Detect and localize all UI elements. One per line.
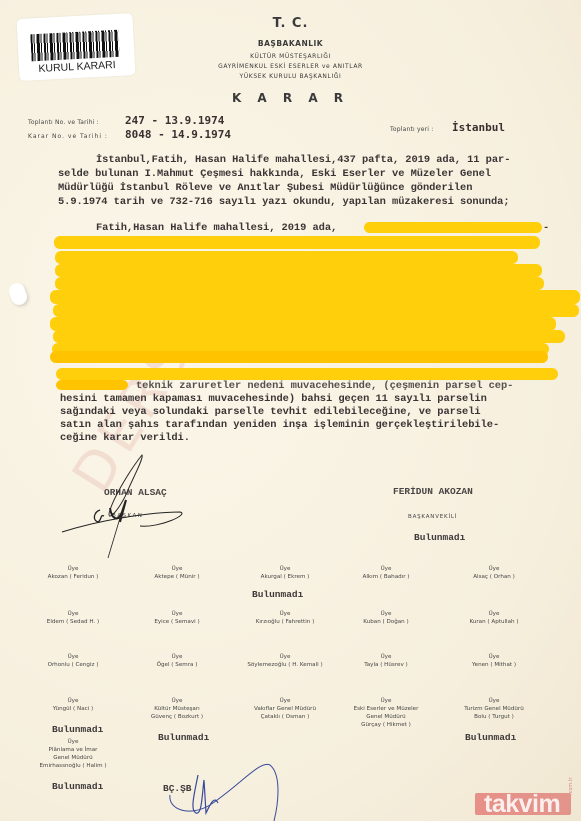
member: ÜyeYüngül ( Naci ) [18, 697, 128, 713]
redaction-bar [56, 380, 128, 390]
header-tc: T. C. [0, 16, 581, 31]
body-line: hesini tamamen kapaması muvacehesinde) b… [60, 393, 487, 405]
decision-line: Fatih,Hasan Halife mahallesi, 2019 ada, [96, 222, 337, 234]
redaction-bar [50, 317, 556, 331]
member: ÜyeAlsaç ( Orhan ) [439, 565, 549, 581]
redaction-bar [53, 330, 565, 343]
redaction-bar [56, 368, 558, 380]
chair-signature [60, 450, 200, 560]
place-value: İstanbul [452, 121, 505, 134]
body-line: İstanbul,Fatih, Hasan Halife mahallesi,4… [96, 154, 510, 166]
vice-chair-status: Bulunmadı [414, 532, 465, 543]
member: ÜyeOrhonlu ( Cengiz ) [18, 653, 128, 669]
takvim-logo-suffix: .com.tr [568, 777, 574, 795]
body-line: sağındaki veya solundaki parselle tevhit… [60, 406, 481, 418]
body-line: ceğine karar verildi. [60, 432, 190, 444]
member-status: Bulunmadı [465, 732, 516, 743]
member-status: Bulunmadı [252, 589, 303, 600]
member: ÜyeSöylemezoğlu ( H. Kemali ) [230, 653, 340, 669]
member: ÜyeAlkım ( Bahadır ) [331, 565, 441, 581]
document-title: K A R A R [0, 91, 581, 105]
redaction-bar [50, 290, 580, 304]
member: ÜyeAkurgal ( Ekrem ) [230, 565, 340, 581]
member-status: Bulunmadı [52, 781, 103, 792]
redaction-bar [50, 351, 548, 363]
redaction-bar [53, 304, 579, 317]
initials-signature [150, 755, 290, 821]
member: ÜyeKuban ( Doğan ) [331, 610, 441, 626]
vice-chair-name: FERİDUN AKOZAN [393, 486, 473, 497]
member: ÜyeEski Eserler ve MüzelerGenel MüdürüGü… [331, 697, 441, 729]
body-line: 5.9.1974 tarih ve 732-716 sayılı yazı ok… [58, 196, 510, 208]
meeting-label: Toplantı No. ve Tarihi : [28, 119, 99, 126]
decision-value: 8048 - 14.9.1974 [125, 128, 231, 141]
redaction-bar [55, 264, 542, 277]
member-status: Bulunmadı [158, 732, 209, 743]
member: ÜyeEldem ( Sedad H. ) [18, 610, 128, 626]
member: ÜyeKırzıoğlu ( Fahrettin ) [230, 610, 340, 626]
decision-label: Karar No. ve Tarihi : [28, 133, 108, 140]
header-line1: KÜLTÜR MÜSTEŞARLIĞI [0, 53, 581, 60]
member: ÜyeEyice ( Semavi ) [122, 610, 232, 626]
member: ÜyeTayla ( Hüsrev ) [331, 653, 441, 669]
member: ÜyeKültür MüsteşarıGüvenç ( Bozkurt ) [122, 697, 232, 721]
body-line: selde bulunan I.Mahmut Çeşmesi hakkında,… [58, 168, 491, 180]
member: ÜyeYenen ( Mithat ) [439, 653, 549, 669]
paper-clip-mark [7, 281, 30, 307]
member: ÜyeÖgel ( Semra ) [122, 653, 232, 669]
decision-line-end: - [543, 222, 549, 234]
header-office: BAŞBAKANLIK [0, 39, 581, 48]
member-status: Bulunmadı [52, 724, 103, 735]
member: ÜyePlânlama ve İmarGenel MüdürüEmirhassn… [18, 738, 128, 770]
member: ÜyeAktepe ( Münir ) [122, 565, 232, 581]
header-line3: YÜKSEK KURULU BAŞKANLIĞI [0, 73, 581, 80]
member: ÜyeKuran ( Aptullah ) [439, 610, 549, 626]
body-line: teknik zaruretler nedeni muvacehesinde, … [136, 380, 513, 392]
member: ÜyeVakıflar Genel MüdürüÇataklı ( Osman … [230, 697, 340, 721]
redaction-bar [54, 236, 540, 249]
header-line2: GAYRİMENKUL ESKİ ESERLER ve ANITLAR [0, 63, 581, 70]
redaction-bar [55, 277, 544, 290]
member: ÜyeTurizm Genel MüdürüBolu ( Turgut ) [439, 697, 549, 721]
redaction-bar [364, 222, 542, 233]
takvim-logo-text: takvim [484, 790, 560, 819]
redaction-bar [55, 251, 518, 264]
document-page: DERSAA KURUL KARARI T. C. BAŞBAKANLIK KÜ… [0, 0, 581, 821]
member: ÜyeAkozan ( Feridun ) [18, 565, 128, 581]
body-line: Müdürlüğü İstanbul Röleve ve Anıtlar Şub… [58, 182, 472, 194]
vice-chair-role: BAŞKANVEKİLİ [408, 514, 457, 520]
body-line: satın alan şahıs tarafından yeniden inşa… [60, 419, 499, 431]
place-label: Toplantı yeri : [390, 126, 434, 133]
meeting-value: 247 - 13.9.1974 [125, 114, 224, 127]
